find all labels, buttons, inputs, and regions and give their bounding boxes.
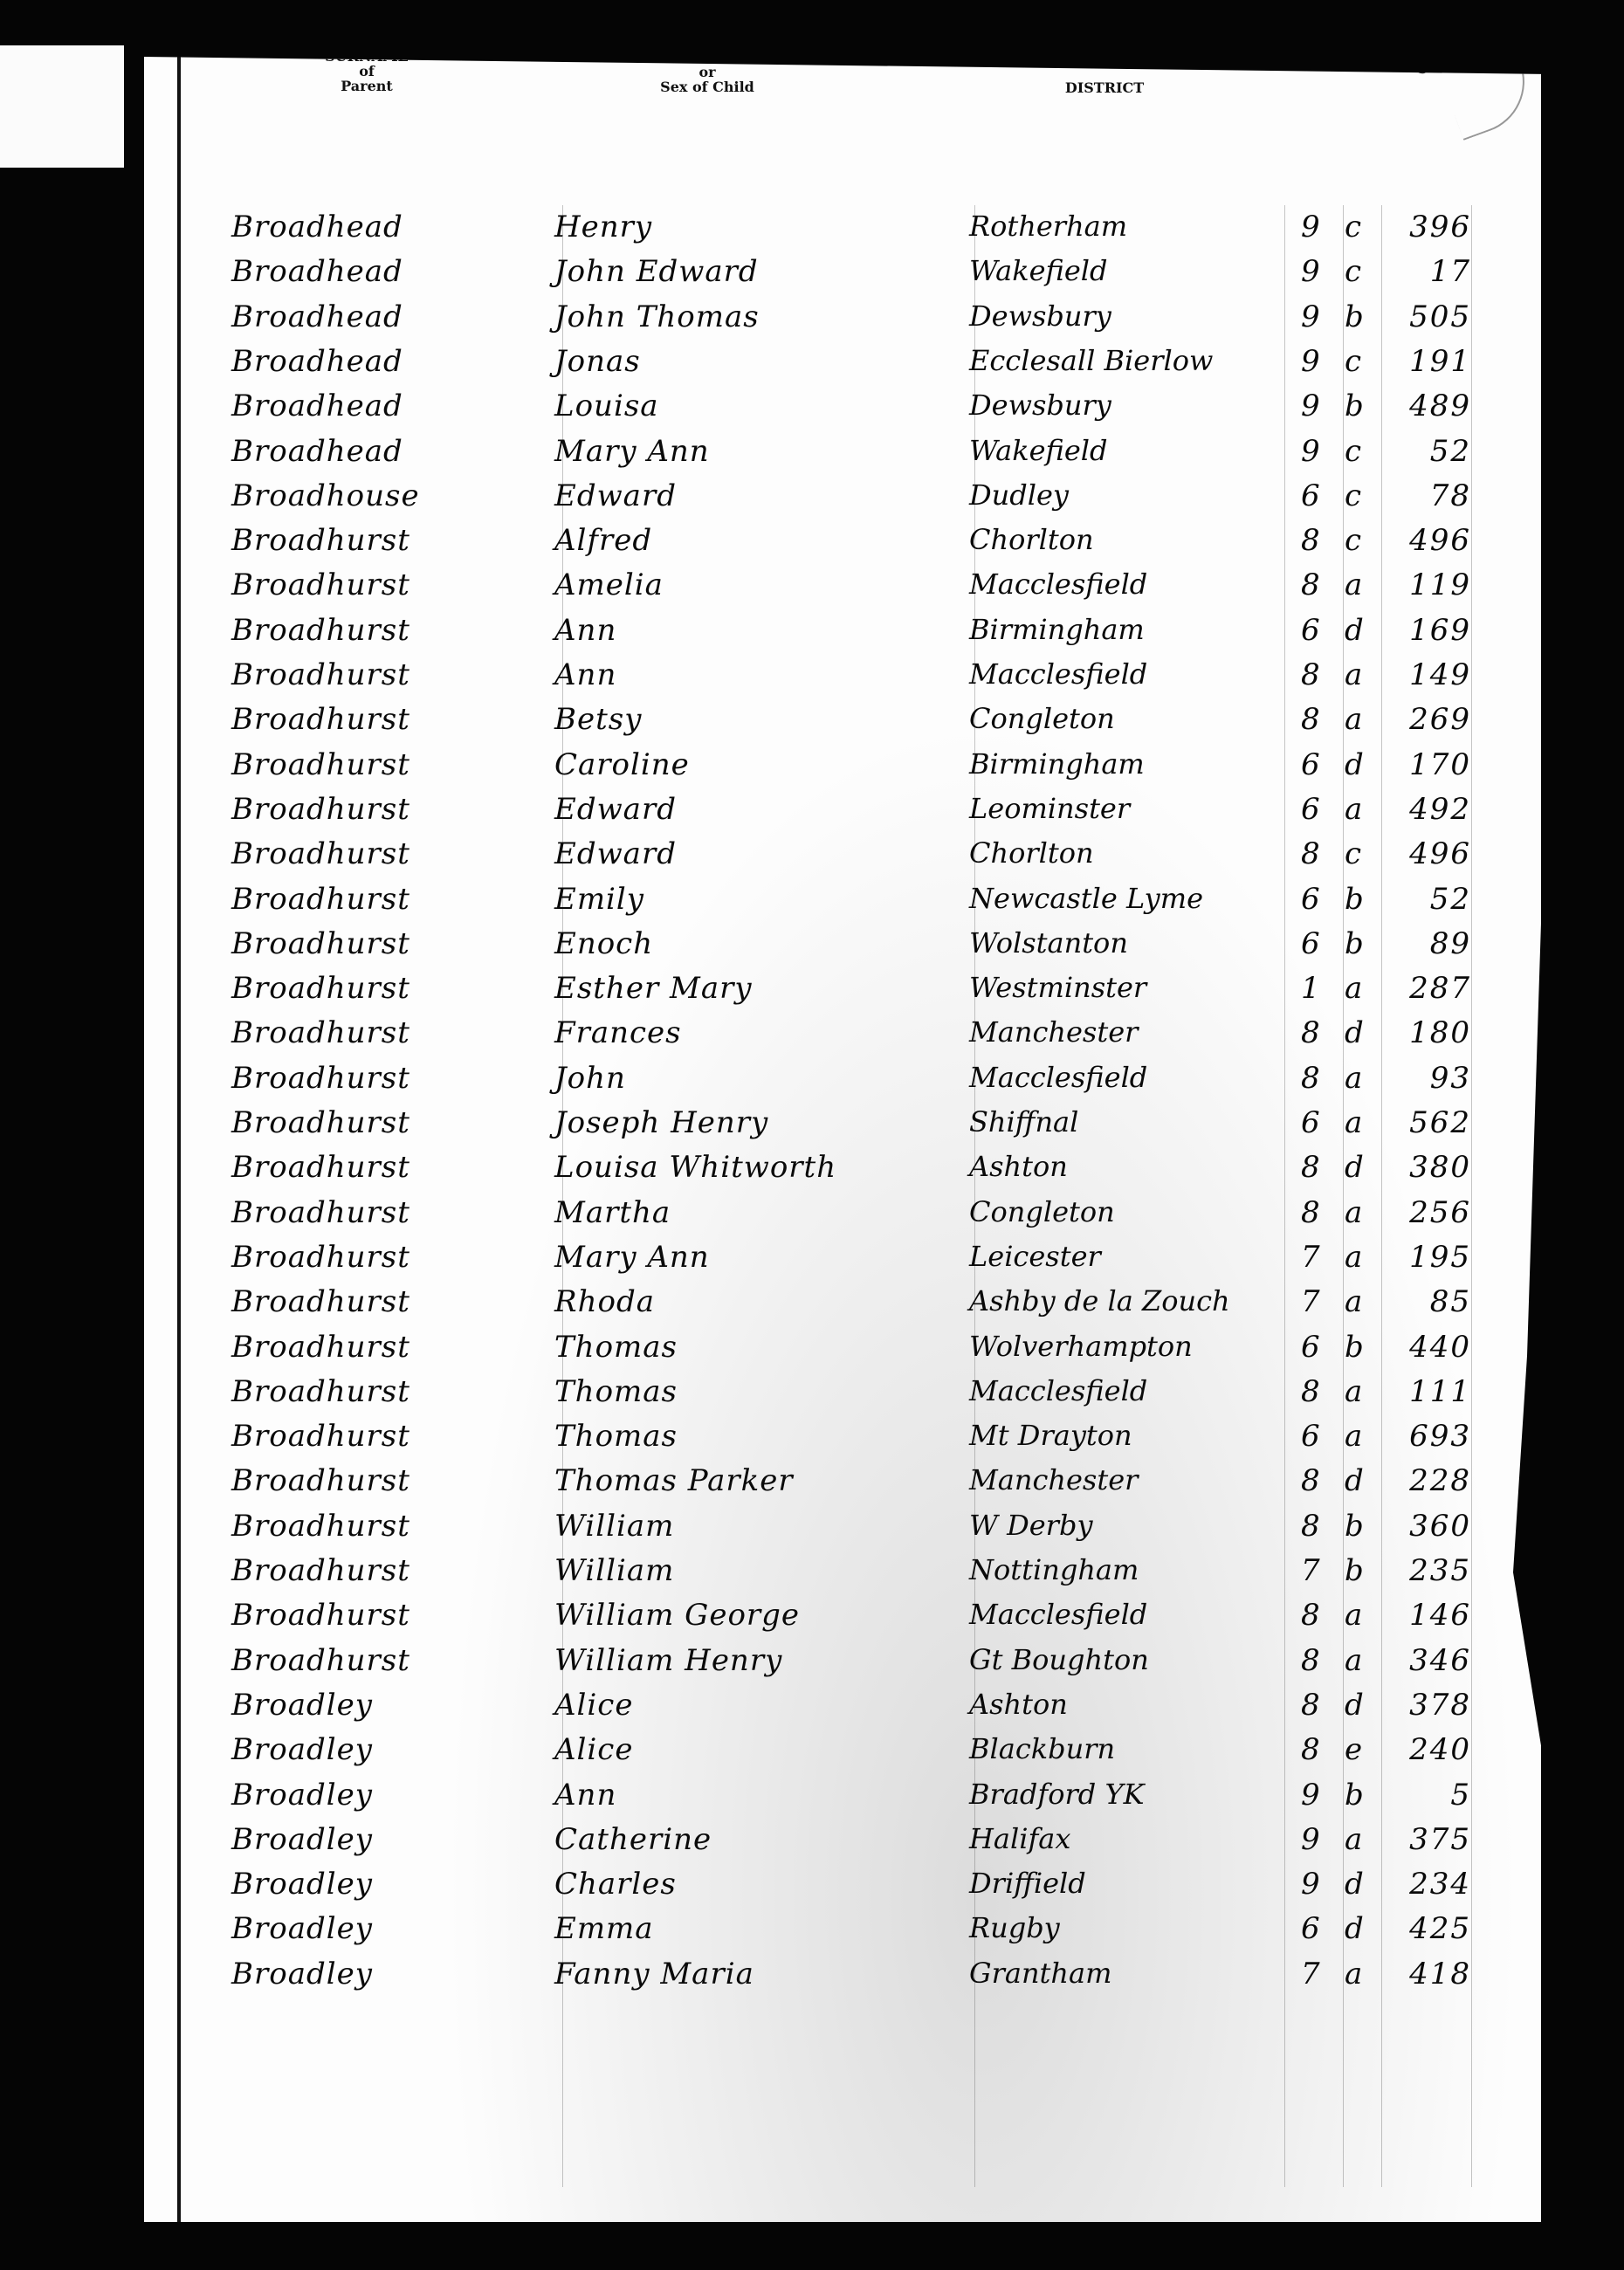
volume-letter-cell: a — [1345, 1105, 1362, 1140]
district-cell: Leominster — [969, 792, 1130, 825]
district-cell: Nottingham — [969, 1553, 1139, 1586]
page-corner-curl — [1445, 62, 1539, 141]
volume-cell: 7 — [1301, 1957, 1320, 1991]
given-name-cell: Catherine — [554, 1822, 712, 1857]
volume-letter-cell: d — [1345, 1463, 1364, 1498]
table-row: Broadhurst Emily Newcastle Lyme 6 b 52 — [144, 882, 1541, 926]
table-row: Broadhurst Caroline Birmingham 6 d 170 — [144, 747, 1541, 792]
table-row: Broadhurst William W Derby 8 b 360 — [144, 1509, 1541, 1553]
page-cell: 240 — [1388, 1732, 1471, 1767]
given-name-cell: William George — [554, 1598, 800, 1633]
volume-letter-cell: a — [1345, 1598, 1362, 1633]
surname-cell: Broadhurst — [231, 1374, 410, 1409]
given-name-cell: Caroline — [554, 747, 690, 782]
district-cell: Grantham — [969, 1957, 1111, 1990]
district-cell: Ashby de la Zouch — [969, 1284, 1230, 1317]
given-name-cell: Edward — [554, 792, 677, 827]
page-cell: 52 — [1388, 434, 1471, 469]
volume-letter-cell: c — [1345, 523, 1361, 558]
table-row: Broadhurst Louisa Whitworth Ashton 8 d 3… — [144, 1150, 1541, 1194]
volume-cell: 8 — [1301, 657, 1320, 692]
table-row: Broadhurst Martha Congleton 8 a 256 — [144, 1195, 1541, 1240]
surname-cell: Broadhurst — [231, 836, 410, 871]
surname-cell: Broadley — [231, 1778, 373, 1813]
volume-letter-cell: b — [1345, 882, 1364, 917]
district-cell: Leicester — [969, 1240, 1101, 1273]
volume-cell: 8 — [1301, 1374, 1320, 1409]
page-cell: 52 — [1388, 882, 1471, 917]
district-cell: Shiffnal — [969, 1105, 1078, 1138]
given-name-cell: Thomas Parker — [554, 1463, 794, 1498]
surname-cell: Broadhurst — [231, 613, 410, 648]
surname-cell: Broadhurst — [231, 567, 410, 602]
given-name-cell: Amelia — [554, 567, 664, 602]
given-name-cell: Mary Ann — [554, 1240, 710, 1275]
given-name-cell: Frances — [554, 1015, 682, 1050]
district-cell: Blackburn — [969, 1732, 1115, 1765]
given-name-cell: Louisa Whitworth — [554, 1150, 836, 1185]
district-cell: Ecclesall Bierlow — [969, 344, 1213, 377]
page-cell: 562 — [1388, 1105, 1471, 1140]
given-name-cell: Edward — [554, 478, 677, 513]
given-name-cell: John Edward — [554, 254, 759, 289]
volume-cell: 6 — [1301, 1105, 1320, 1140]
district-cell: Rugby — [969, 1911, 1060, 1944]
given-name-cell: Thomas — [554, 1419, 678, 1454]
volume-cell: 9 — [1301, 389, 1320, 423]
volume-letter-cell: e — [1345, 1732, 1362, 1767]
district-cell: Dewsbury — [969, 389, 1111, 422]
volume-cell: 6 — [1301, 1419, 1320, 1454]
given-name-cell: Henry — [554, 210, 652, 244]
volume-letter-cell: d — [1345, 747, 1364, 782]
page-cell: 85 — [1388, 1284, 1471, 1319]
volume-cell: 6 — [1301, 792, 1320, 827]
table-row: Broadhurst Alfred Chorlton 8 c 496 — [144, 523, 1541, 567]
volume-cell: 6 — [1301, 747, 1320, 782]
volume-letter-cell: a — [1345, 1284, 1362, 1319]
volume-letter-cell: a — [1345, 657, 1362, 692]
district-cell: Wakefield — [969, 254, 1108, 287]
surname-cell: Broadhurst — [231, 882, 410, 917]
surname-cell: Broadhurst — [231, 1330, 410, 1365]
table-row: Broadley Charles Driffield 9 d 234 — [144, 1867, 1541, 1911]
table-row: Broadhurst William George Macclesfield 8… — [144, 1598, 1541, 1642]
header-surname-line3: Parent — [323, 79, 410, 94]
given-name-cell: Edward — [554, 836, 677, 871]
given-name-cell: Martha — [554, 1195, 671, 1230]
district-cell: Congleton — [969, 702, 1115, 735]
district-cell: Chorlton — [969, 836, 1094, 870]
district-cell: Wakefield — [969, 434, 1108, 467]
district-cell: Macclesfield — [969, 657, 1147, 691]
table-row: Broadley Emma Rugby 6 d 425 — [144, 1911, 1541, 1956]
district-cell: Halifax — [969, 1822, 1070, 1855]
district-cell: Bradford YK — [969, 1778, 1144, 1811]
volume-letter-cell: c — [1345, 344, 1361, 379]
page-cell: 119 — [1388, 567, 1471, 602]
given-name-cell: Ann — [554, 657, 616, 692]
page-cell: 425 — [1388, 1911, 1471, 1946]
header-child-line2: Sex of Child — [646, 80, 768, 95]
volume-letter-cell: d — [1345, 1015, 1364, 1050]
page-cell: 496 — [1388, 523, 1471, 558]
given-name-cell: Louisa — [554, 389, 659, 423]
table-row: Broadhurst Edward Chorlton 8 c 496 — [144, 836, 1541, 881]
surname-cell: Broadhurst — [231, 1284, 410, 1319]
page-cell: 505 — [1388, 299, 1471, 334]
given-name-cell: Alice — [554, 1688, 633, 1723]
page-cell: 418 — [1388, 1957, 1471, 1991]
surname-cell: Broadhurst — [231, 792, 410, 827]
table-row: Broadhouse Edward Dudley 6 c 78 — [144, 478, 1541, 523]
table-row: Broadhurst Thomas Mt Drayton 6 a 693 — [144, 1419, 1541, 1463]
volume-cell: 9 — [1301, 299, 1320, 334]
volume-cell: 8 — [1301, 836, 1320, 871]
page-cell: 380 — [1388, 1150, 1471, 1185]
volume-cell: 8 — [1301, 1061, 1320, 1096]
page-cell: 149 — [1388, 657, 1471, 692]
page-cell: 489 — [1388, 389, 1471, 423]
district-cell: Mt Drayton — [969, 1419, 1132, 1452]
given-name-cell: Emily — [554, 882, 644, 917]
volume-cell: 8 — [1301, 702, 1320, 737]
surname-cell: Broadhurst — [231, 1150, 410, 1185]
table-row: Broadhurst Mary Ann Leicester 7 a 195 — [144, 1240, 1541, 1284]
volume-letter-cell: a — [1345, 792, 1362, 827]
district-cell: Newcastle Lyme — [969, 882, 1203, 915]
surname-cell: Broadhead — [231, 254, 403, 289]
table-row: Broadhead Jonas Ecclesall Bierlow 9 c 19… — [144, 344, 1541, 389]
table-row: Broadhurst Betsy Congleton 8 a 269 — [144, 702, 1541, 746]
surname-cell: Broadhurst — [231, 1015, 410, 1050]
given-name-cell: Mary Ann — [554, 434, 710, 469]
page-cell: 234 — [1388, 1867, 1471, 1902]
volume-letter-cell: c — [1345, 478, 1361, 513]
volume-cell: 8 — [1301, 1150, 1320, 1185]
table-row: Broadhead Louisa Dewsbury 9 b 489 — [144, 389, 1541, 433]
surname-cell: Broadhurst — [231, 1509, 410, 1544]
table-row: Broadhurst William Henry Gt Boughton 8 a… — [144, 1643, 1541, 1688]
volume-cell: 7 — [1301, 1284, 1320, 1319]
surname-cell: Broadley — [231, 1688, 373, 1723]
volume-letter-cell: a — [1345, 702, 1362, 737]
page-cell: 693 — [1388, 1419, 1471, 1454]
given-name-cell: Thomas — [554, 1330, 678, 1365]
given-name-cell: Joseph Henry — [554, 1105, 768, 1140]
given-name-cell: William — [554, 1553, 674, 1588]
volume-letter-cell: b — [1345, 1330, 1364, 1365]
district-cell: Congleton — [969, 1195, 1115, 1228]
table-row: Broadhurst Ann Birmingham 6 d 169 — [144, 613, 1541, 657]
page-cell: 191 — [1388, 344, 1471, 379]
volume-letter-cell: a — [1345, 1240, 1362, 1275]
volume-letter-cell: c — [1345, 254, 1361, 289]
volume-letter-cell: b — [1345, 1778, 1364, 1813]
given-name-cell: Esther Mary — [554, 971, 753, 1006]
given-name-cell: William — [554, 1509, 674, 1544]
surname-cell: Broadhead — [231, 299, 403, 334]
page-cell: 396 — [1388, 210, 1471, 244]
volume-cell: 6 — [1301, 926, 1320, 961]
surname-cell: Broadhurst — [231, 1105, 410, 1140]
page-cell: 287 — [1388, 971, 1471, 1006]
volume-letter-cell: c — [1345, 836, 1361, 871]
given-name-cell: William Henry — [554, 1643, 782, 1678]
district-cell: Macclesfield — [969, 1598, 1147, 1631]
given-name-cell: Alice — [554, 1732, 633, 1767]
table-row: Broadhurst Thomas Macclesfield 8 a 111 — [144, 1374, 1541, 1419]
page-cell: 378 — [1388, 1688, 1471, 1723]
district-cell: Macclesfield — [969, 1374, 1147, 1407]
surname-cell: Broadhead — [231, 389, 403, 423]
table-row: Broadhead John Thomas Dewsbury 9 b 505 — [144, 299, 1541, 344]
volume-letter-cell: b — [1345, 1509, 1364, 1544]
district-cell: Birmingham — [969, 613, 1145, 646]
table-row: Broadhead Henry Rotherham 9 c 396 — [144, 210, 1541, 254]
given-name-cell: Ann — [554, 613, 616, 648]
district-cell: Ashton — [969, 1688, 1068, 1721]
surname-cell: Broadley — [231, 1732, 373, 1767]
given-name-cell: Thomas — [554, 1374, 678, 1409]
page-cell: 496 — [1388, 836, 1471, 871]
volume-cell: 9 — [1301, 1778, 1320, 1813]
page-cell: 93 — [1388, 1061, 1471, 1096]
table-row: Broadhead John Edward Wakefield 9 c 17 — [144, 254, 1541, 299]
given-name-cell: Rhoda — [554, 1284, 655, 1319]
surname-cell: Broadhurst — [231, 1240, 410, 1275]
table-row: Broadhurst Frances Manchester 8 d 180 — [144, 1015, 1541, 1060]
volume-letter-cell: d — [1345, 1688, 1364, 1723]
district-cell: Manchester — [969, 1463, 1138, 1496]
volume-letter-cell: a — [1345, 1061, 1362, 1096]
volume-letter-cell: d — [1345, 1911, 1364, 1946]
header-child: or Sex of Child — [646, 65, 768, 95]
volume-letter-cell: b — [1345, 926, 1364, 961]
surname-cell: Broadhurst — [231, 1419, 410, 1454]
district-cell: Driffield — [969, 1867, 1086, 1900]
given-name-cell: Fanny Maria — [554, 1957, 754, 1991]
page-cell: 170 — [1388, 747, 1471, 782]
table-row: Broadhurst William Nottingham 7 b 235 — [144, 1553, 1541, 1598]
page-cell: 195 — [1388, 1240, 1471, 1275]
district-cell: Dewsbury — [969, 299, 1111, 333]
surname-cell: Broadhurst — [231, 971, 410, 1006]
table-row: Broadhurst Ann Macclesfield 8 a 149 — [144, 657, 1541, 702]
page-cell: 111 — [1388, 1374, 1471, 1409]
volume-cell: 8 — [1301, 1015, 1320, 1050]
volume-letter-cell: a — [1345, 1374, 1362, 1409]
table-row: Broadhurst Esther Mary Westminster 1 a 2… — [144, 971, 1541, 1015]
given-name-cell: Emma — [554, 1911, 654, 1946]
district-cell: Wolstanton — [969, 926, 1128, 960]
surname-cell: Broadhurst — [231, 926, 410, 961]
table-row: Broadley Ann Bradford YK 9 b 5 — [144, 1778, 1541, 1822]
page-cell: 346 — [1388, 1643, 1471, 1678]
surname-cell: Broadhurst — [231, 1463, 410, 1498]
volume-cell: 8 — [1301, 523, 1320, 558]
surname-cell: Broadhurst — [231, 1598, 410, 1633]
volume-cell: 8 — [1301, 1732, 1320, 1767]
surname-cell: Broadley — [231, 1957, 373, 1991]
table-row: Broadhurst Rhoda Ashby de la Zouch 7 a 8… — [144, 1284, 1541, 1329]
page-cell: 89 — [1388, 926, 1471, 961]
surname-cell: Broadley — [231, 1867, 373, 1902]
page-cell: 440 — [1388, 1330, 1471, 1365]
district-cell: Dudley — [969, 478, 1069, 512]
volume-letter-cell: c — [1345, 434, 1361, 469]
volume-letter-cell: a — [1345, 1957, 1362, 1991]
volume-cell: 9 — [1301, 210, 1320, 244]
header-district: DISTRICT — [1052, 81, 1157, 96]
district-cell: Manchester — [969, 1015, 1138, 1049]
given-name-cell: Alfred — [554, 523, 652, 558]
volume-letter-cell: d — [1345, 613, 1364, 648]
volume-letter-cell: a — [1345, 971, 1362, 1006]
page-cell: 5 — [1388, 1778, 1471, 1813]
district-cell: Chorlton — [969, 523, 1094, 556]
surname-cell: Broadley — [231, 1911, 373, 1946]
volume-cell: 8 — [1301, 1643, 1320, 1678]
surname-cell: Broadhurst — [231, 747, 410, 782]
surname-cell: Broadhead — [231, 344, 403, 379]
volume-letter-cell: a — [1345, 567, 1362, 602]
volume-letter-cell: a — [1345, 1643, 1362, 1678]
volume-cell: 6 — [1301, 478, 1320, 513]
volume-cell: 9 — [1301, 344, 1320, 379]
surname-cell: Broadhurst — [231, 657, 410, 692]
volume-letter-cell: b — [1345, 299, 1364, 334]
volume-cell: 7 — [1301, 1553, 1320, 1588]
page-cell: 17 — [1388, 254, 1471, 289]
volume-cell: 9 — [1301, 1822, 1320, 1857]
surname-cell: Broadhead — [231, 434, 403, 469]
district-cell: Macclesfield — [969, 567, 1147, 601]
page-cell: 492 — [1388, 792, 1471, 827]
index-tab-marker — [0, 45, 124, 168]
district-cell: Gt Boughton — [969, 1643, 1149, 1676]
volume-cell: 7 — [1301, 1240, 1320, 1275]
page-cell: 78 — [1388, 478, 1471, 513]
surname-cell: Broadley — [231, 1822, 373, 1857]
volume-letter-cell: a — [1345, 1822, 1362, 1857]
volume-cell: 8 — [1301, 1195, 1320, 1230]
given-name-cell: Charles — [554, 1867, 677, 1902]
table-row: Broadley Catherine Halifax 9 a 375 — [144, 1822, 1541, 1867]
district-cell: Westminster — [969, 971, 1146, 1004]
page-cell: 180 — [1388, 1015, 1471, 1050]
volume-letter-cell: d — [1345, 1150, 1364, 1185]
volume-cell: 8 — [1301, 1463, 1320, 1498]
page-cell: 146 — [1388, 1598, 1471, 1633]
table-row: Broadley Fanny Maria Grantham 7 a 418 — [144, 1957, 1541, 2001]
table-row: Broadhurst Thomas Parker Manchester 8 d … — [144, 1463, 1541, 1508]
table-row: Broadhurst Joseph Henry Shiffnal 6 a 562 — [144, 1105, 1541, 1150]
given-name-cell: Betsy — [554, 702, 642, 737]
volume-cell: 9 — [1301, 434, 1320, 469]
page-cell: 269 — [1388, 702, 1471, 737]
volume-letter-cell: b — [1345, 1553, 1364, 1588]
given-name-cell: Enoch — [554, 926, 653, 961]
table-row: Broadley Alice Ashton 8 d 378 — [144, 1688, 1541, 1732]
volume-cell: 1 — [1301, 971, 1320, 1006]
surname-cell: Broadhouse — [231, 478, 420, 513]
page-cell: 360 — [1388, 1509, 1471, 1544]
district-cell: Macclesfield — [969, 1061, 1147, 1094]
header-page: Page — [1391, 52, 1442, 73]
page-cell: 169 — [1388, 613, 1471, 648]
table-row: Broadhurst Edward Leominster 6 a 492 — [144, 792, 1541, 836]
volume-letter-cell: a — [1345, 1195, 1362, 1230]
volume-letter-cell: d — [1345, 1867, 1364, 1902]
page-cell: 375 — [1388, 1822, 1471, 1857]
table-row: Broadhurst Enoch Wolstanton 6 b 89 — [144, 926, 1541, 971]
district-cell: Ashton — [969, 1150, 1068, 1183]
district-cell: Birmingham — [969, 747, 1145, 781]
given-name-cell: Ann — [554, 1778, 616, 1813]
district-cell: Wolverhampton — [969, 1330, 1193, 1363]
page-cell: 235 — [1388, 1553, 1471, 1588]
volume-letter-cell: c — [1345, 210, 1361, 244]
given-name-cell: Jonas — [554, 344, 641, 379]
header-surname: SURNAME of Parent — [323, 50, 410, 93]
table-row: Broadhead Mary Ann Wakefield 9 c 52 — [144, 434, 1541, 478]
table-row: Broadley Alice Blackburn 8 e 240 — [144, 1732, 1541, 1777]
volume-cell: 8 — [1301, 567, 1320, 602]
surname-cell: Broadhurst — [231, 1553, 410, 1588]
surname-cell: Broadhurst — [231, 1195, 410, 1230]
volume-cell: 6 — [1301, 882, 1320, 917]
surname-cell: Broadhurst — [231, 1643, 410, 1678]
surname-cell: Broadhurst — [231, 1061, 410, 1096]
volume-cell: 8 — [1301, 1509, 1320, 1544]
given-name-cell: John Thomas — [554, 299, 760, 334]
volume-letter-cell: b — [1345, 389, 1364, 423]
volume-letter-cell: a — [1345, 1419, 1362, 1454]
register-page: SURNAME of Parent or Sex of Child DISTRI… — [144, 57, 1541, 2222]
page-cell: 256 — [1388, 1195, 1471, 1230]
volume-cell: 6 — [1301, 613, 1320, 648]
volume-cell: 8 — [1301, 1688, 1320, 1723]
volume-cell: 6 — [1301, 1330, 1320, 1365]
district-cell: Rotherham — [969, 210, 1127, 243]
volume-cell: 8 — [1301, 1598, 1320, 1633]
surname-cell: Broadhead — [231, 210, 403, 244]
surname-cell: Broadhurst — [231, 523, 410, 558]
table-row: Broadhurst Amelia Macclesfield 8 a 119 — [144, 567, 1541, 612]
surname-cell: Broadhurst — [231, 702, 410, 737]
header-vol: Vol. — [1310, 52, 1349, 73]
table-row: Broadhurst Thomas Wolverhampton 6 b 440 — [144, 1330, 1541, 1374]
district-cell: W Derby — [969, 1509, 1093, 1542]
volume-cell: 6 — [1301, 1911, 1320, 1946]
table-row: Broadhurst John Macclesfield 8 a 93 — [144, 1061, 1541, 1105]
given-name-cell: John — [554, 1061, 626, 1096]
volume-cell: 9 — [1301, 1867, 1320, 1902]
page-cell: 228 — [1388, 1463, 1471, 1498]
volume-cell: 9 — [1301, 254, 1320, 289]
